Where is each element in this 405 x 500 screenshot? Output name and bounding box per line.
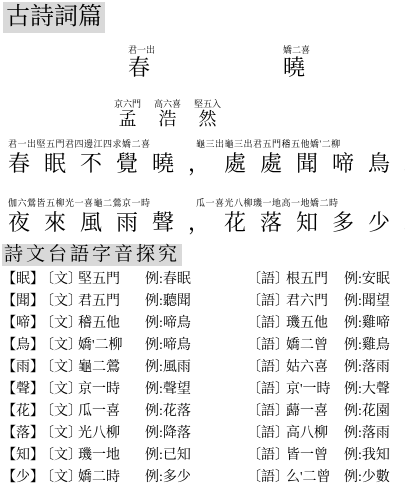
colloquial-reading: 高八柳: [286, 423, 344, 445]
poem-title: 君一出 春 嬌二喜 曉: [128, 45, 405, 81]
colloquial-reading: 璣五他: [286, 313, 344, 335]
literary-label: 〔文〕: [40, 313, 78, 335]
literary-reading: 嬌二時: [78, 467, 145, 489]
table-row: 【雨】 〔文〕 龜二鶯 例:風雨 〔語〕 姑六喜 例:落雨: [2, 357, 405, 379]
table-row: 【花】 〔文〕 瓜一喜 例:花落 〔語〕 蘬一喜 例:花園: [2, 401, 405, 423]
headword: 【知】: [2, 445, 40, 467]
table-row: 【聲】 〔文〕 京一時 例:聲望 〔語〕 京'一時 例:大聲: [2, 379, 405, 401]
colloquial-label: 〔語〕: [247, 291, 286, 313]
literary-label: 〔文〕: [40, 467, 78, 489]
table-row: 【知】 〔文〕 璣一地 例:已知 〔語〕 皆一曾 例:我知: [2, 445, 405, 467]
table-row: 【少】 〔文〕 嬌二時 例:多少 〔語〕 么'二曾 例:少數: [2, 467, 405, 489]
poem-title-char: 君一出 春: [128, 45, 155, 81]
literary-example: 例:風雨: [145, 357, 247, 379]
poem-author-glyph: 浩: [159, 109, 177, 129]
phonetic-annotation: 瓜一喜光八柳璣一地高一地嬌二時: [196, 198, 405, 210]
poem-text: 處處聞啼鳥。: [224, 151, 405, 177]
literary-reading: 光八柳: [78, 423, 145, 445]
section-title: 詩文台語字音探究: [2, 244, 182, 266]
literary-reading: 君五門: [78, 291, 145, 313]
literary-example: 例:多少: [145, 467, 247, 489]
phonetic-annotation: 高六喜: [154, 99, 181, 109]
poem-author: 京六門 孟 高六喜 浩 堅五入 然: [114, 99, 405, 129]
colloquial-example: 例:少數: [344, 467, 405, 489]
colloquial-reading: 嬌二曾: [286, 335, 344, 357]
pronunciation-table: 【眠】 〔文〕 堅五門 例:春眠 〔語〕 根五門 例:安眠 【聞】 〔文〕 君五…: [2, 269, 405, 489]
poem-line-2: 伽六鶯皆五柳光一喜龜二鶯京一時 夜來風雨聲， 瓜一喜光八柳璣一地高一地嬌二時 花…: [8, 198, 405, 236]
poem-half-line: 龜三出龜三出君五門稽五他嬌'二柳 處處聞啼鳥。: [224, 139, 405, 177]
headword: 【啼】: [2, 313, 40, 335]
headword: 【雨】: [2, 357, 40, 379]
literary-reading: 瓜一喜: [78, 401, 145, 423]
literary-reading: 堅五門: [78, 269, 145, 291]
colloquial-label: 〔語〕: [247, 445, 286, 467]
colloquial-reading: 君六門: [286, 291, 344, 313]
colloquial-label: 〔語〕: [247, 423, 286, 445]
poem-title-char: 嬌二喜 曉: [283, 45, 310, 81]
literary-label: 〔文〕: [40, 379, 78, 401]
poem-author-char: 堅五入 然: [194, 99, 221, 129]
page-title: 古詩詞篇: [3, 2, 105, 33]
colloquial-example: 例:安眠: [344, 269, 405, 291]
literary-label: 〔文〕: [40, 423, 78, 445]
poem-author-char: 京六門 孟: [114, 99, 141, 129]
poem-author-glyph: 孟: [119, 109, 137, 129]
table-row: 【聞】 〔文〕 君五門 例:聽聞 〔語〕 君六門 例:聞望: [2, 291, 405, 313]
colloquial-reading: 皆一曾: [286, 445, 344, 467]
table-row: 【眠】 〔文〕 堅五門 例:春眠 〔語〕 根五門 例:安眠: [2, 269, 405, 291]
headword: 【落】: [2, 423, 40, 445]
headword: 【眠】: [2, 269, 40, 291]
literary-label: 〔文〕: [40, 357, 78, 379]
colloquial-example: 例:聞望: [344, 291, 405, 313]
phonetic-annotation: 堅五入: [194, 99, 221, 109]
table-row: 【啼】 〔文〕 稽五他 例:啼鳥 〔語〕 璣五他 例:雞啼: [2, 313, 405, 335]
literary-label: 〔文〕: [40, 291, 78, 313]
literary-label: 〔文〕: [40, 401, 78, 423]
headword: 【少】: [2, 467, 40, 489]
colloquial-reading: 姑六喜: [286, 357, 344, 379]
colloquial-label: 〔語〕: [247, 467, 286, 489]
literary-example: 例:聲望: [145, 379, 247, 401]
poem-title-glyph: 曉: [283, 55, 305, 81]
colloquial-label: 〔語〕: [247, 357, 286, 379]
colloquial-label: 〔語〕: [247, 313, 286, 335]
poem-text: 春眠不覺曉，: [8, 151, 224, 177]
colloquial-reading: 蘬一喜: [286, 401, 344, 423]
poem-text: 花落知多少。: [224, 210, 405, 236]
headword: 【聞】: [2, 291, 40, 313]
phonetic-annotation: 龜三出龜三出君五門稽五他嬌'二柳: [196, 139, 405, 151]
literary-example: 例:花落: [145, 401, 247, 423]
colloquial-label: 〔語〕: [247, 379, 286, 401]
literary-label: 〔文〕: [40, 445, 78, 467]
poem-line-1: 君一出堅五門君四邊江四求嬌二喜 春眠不覺曉， 龜三出龜三出君五門稽五他嬌'二柳 …: [8, 139, 405, 177]
literary-reading: 龜二鶯: [78, 357, 145, 379]
poem-half-line: 君一出堅五門君四邊江四求嬌二喜 春眠不覺曉，: [8, 139, 224, 177]
literary-example: 例:啼鳥: [145, 313, 247, 335]
literary-example: 例:聽聞: [145, 291, 247, 313]
literary-reading: 稽五他: [78, 313, 145, 335]
poem-author-char: 高六喜 浩: [154, 99, 181, 129]
poem-half-line: 伽六鶯皆五柳光一喜龜二鶯京一時 夜來風雨聲，: [8, 198, 224, 236]
literary-example: 例:啼鳥: [145, 335, 247, 357]
colloquial-reading: 京'一時: [286, 379, 344, 401]
colloquial-example: 例:我知: [344, 445, 405, 467]
poem-text: 夜來風雨聲，: [8, 210, 224, 236]
literary-label: 〔文〕: [40, 335, 78, 357]
colloquial-example: 例:花園: [344, 401, 405, 423]
colloquial-example: 例:雞鳥: [344, 335, 405, 357]
table-row: 【鳥】 〔文〕 嬌'二柳 例:啼鳥 〔語〕 嬌二曾 例:雞鳥: [2, 335, 405, 357]
phonetic-annotation: 君一出: [128, 45, 155, 55]
colloquial-example: 例:大聲: [344, 379, 405, 401]
phonetic-annotation: 嬌二喜: [283, 45, 310, 55]
headword: 【鳥】: [2, 335, 40, 357]
colloquial-example: 例:落雨: [344, 357, 405, 379]
headword: 【聲】: [2, 379, 40, 401]
literary-example: 例:已知: [145, 445, 247, 467]
colloquial-reading: 么'二曾: [286, 467, 344, 489]
phonetic-annotation: 伽六鶯皆五柳光一喜龜二鶯京一時: [8, 198, 224, 210]
phonetic-annotation: 京六門: [114, 99, 141, 109]
table-row: 【落】 〔文〕 光八柳 例:降落 〔語〕 高八柳 例:落雨: [2, 423, 405, 445]
colloquial-label: 〔語〕: [247, 401, 286, 423]
colloquial-label: 〔語〕: [247, 269, 286, 291]
poem-half-line: 瓜一喜光八柳璣一地高一地嬌二時 花落知多少。: [224, 198, 405, 236]
phonetic-annotation: 君一出堅五門君四邊江四求嬌二喜: [8, 139, 224, 151]
colloquial-reading: 根五門: [286, 269, 344, 291]
literary-reading: 嬌'二柳: [78, 335, 145, 357]
literary-example: 例:春眠: [145, 269, 247, 291]
headword: 【花】: [2, 401, 40, 423]
literary-reading: 璣一地: [78, 445, 145, 467]
poem-author-glyph: 然: [199, 109, 217, 129]
poem-title-glyph: 春: [128, 55, 150, 81]
colloquial-label: 〔語〕: [247, 335, 286, 357]
colloquial-example: 例:雞啼: [344, 313, 405, 335]
literary-example: 例:降落: [145, 423, 247, 445]
literary-reading: 京一時: [78, 379, 145, 401]
colloquial-example: 例:落雨: [344, 423, 405, 445]
literary-label: 〔文〕: [40, 269, 78, 291]
